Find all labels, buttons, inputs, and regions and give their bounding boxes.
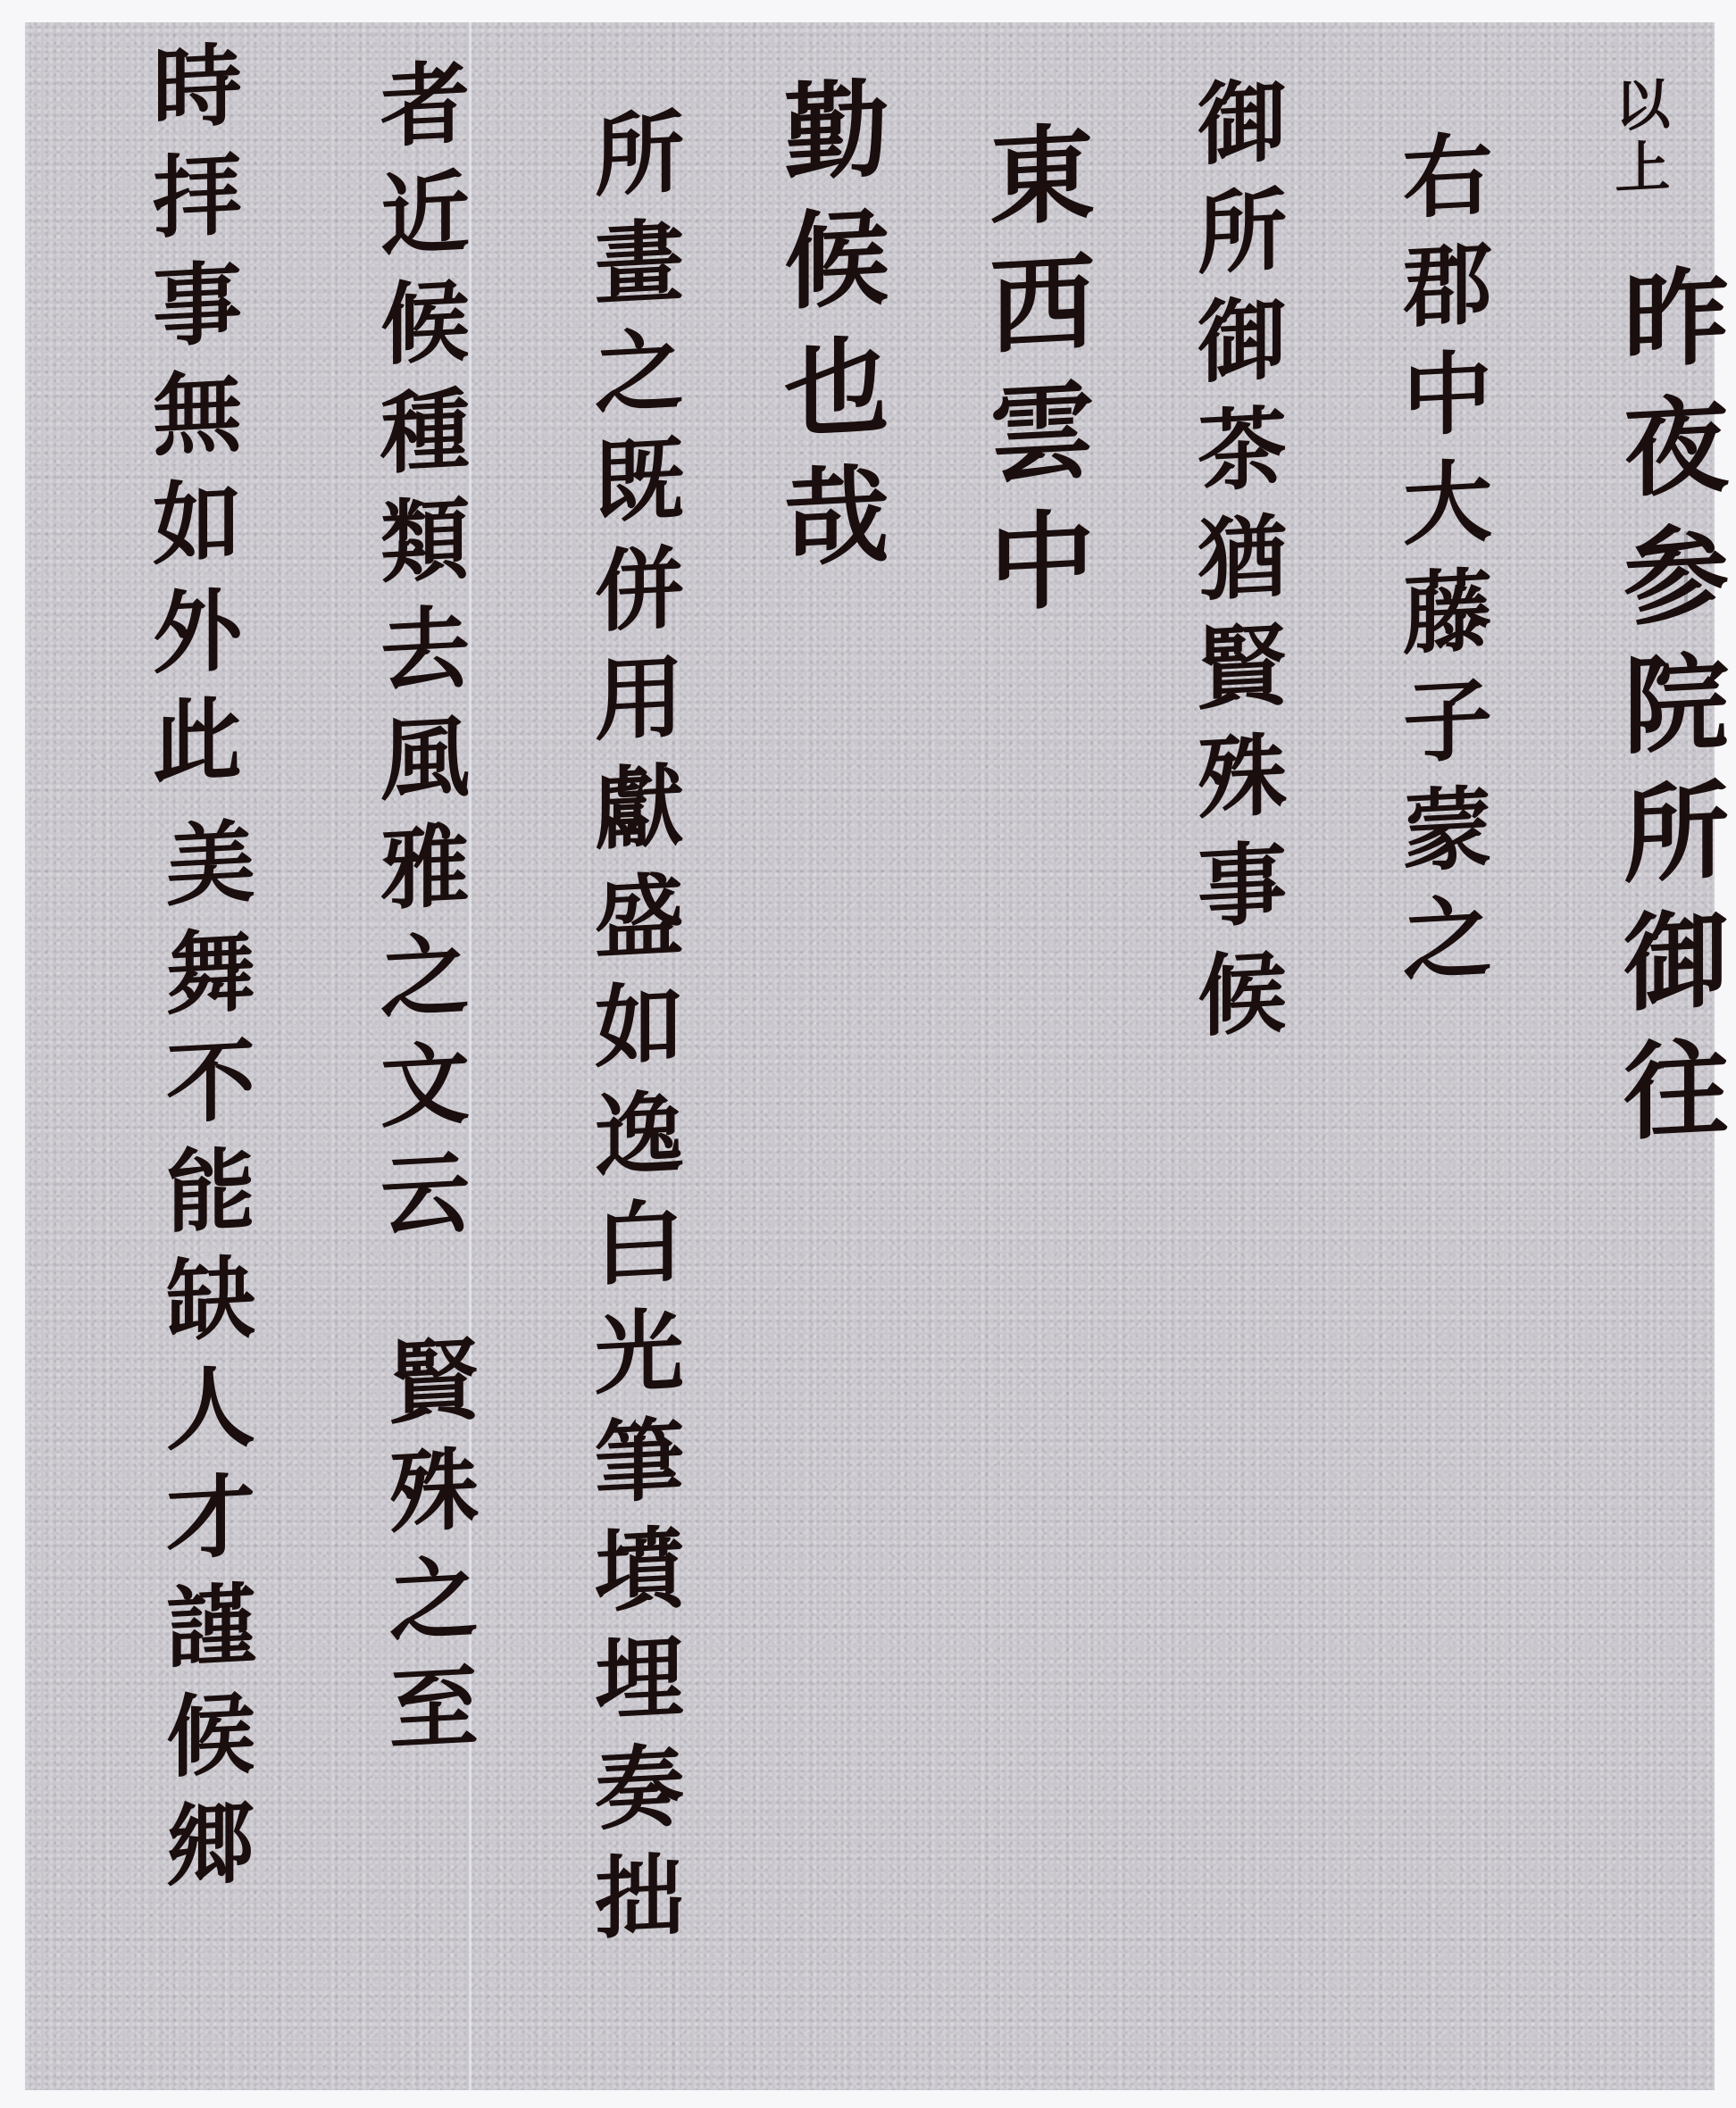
text-column-2: 右郡中大藤子蒙之 [1396,127,1485,1003]
text-column-8-upper: 時拝事無如外此 [146,37,235,804]
text-column-1: 昨夜参院所御往 [1615,261,1720,1166]
text-column-7-upper: 者近候種類去風雅之文云 [373,55,463,1258]
paper-sheet: 以上 昨夜参院所御往 右郡中大藤子蒙之 御所御茶猶賢殊事候 東西雲中 勤候也哉 … [25,22,1715,2090]
text-column-5: 勤候也哉 [775,73,881,593]
heading-mark: 以上 [1610,74,1665,202]
text-column-3: 御所御茶猶賢殊事候 [1190,73,1280,1058]
text-column-8-lower: 美舞不能缺人才謹候郷 [159,814,248,1908]
text-column-6: 所畫之既併用獻盛如逸白光筆墳埋奏拙 [588,104,677,1961]
text-column-7-lower: 賢殊之至 [382,1332,472,1772]
text-column-4: 東西雲中 [981,118,1086,637]
